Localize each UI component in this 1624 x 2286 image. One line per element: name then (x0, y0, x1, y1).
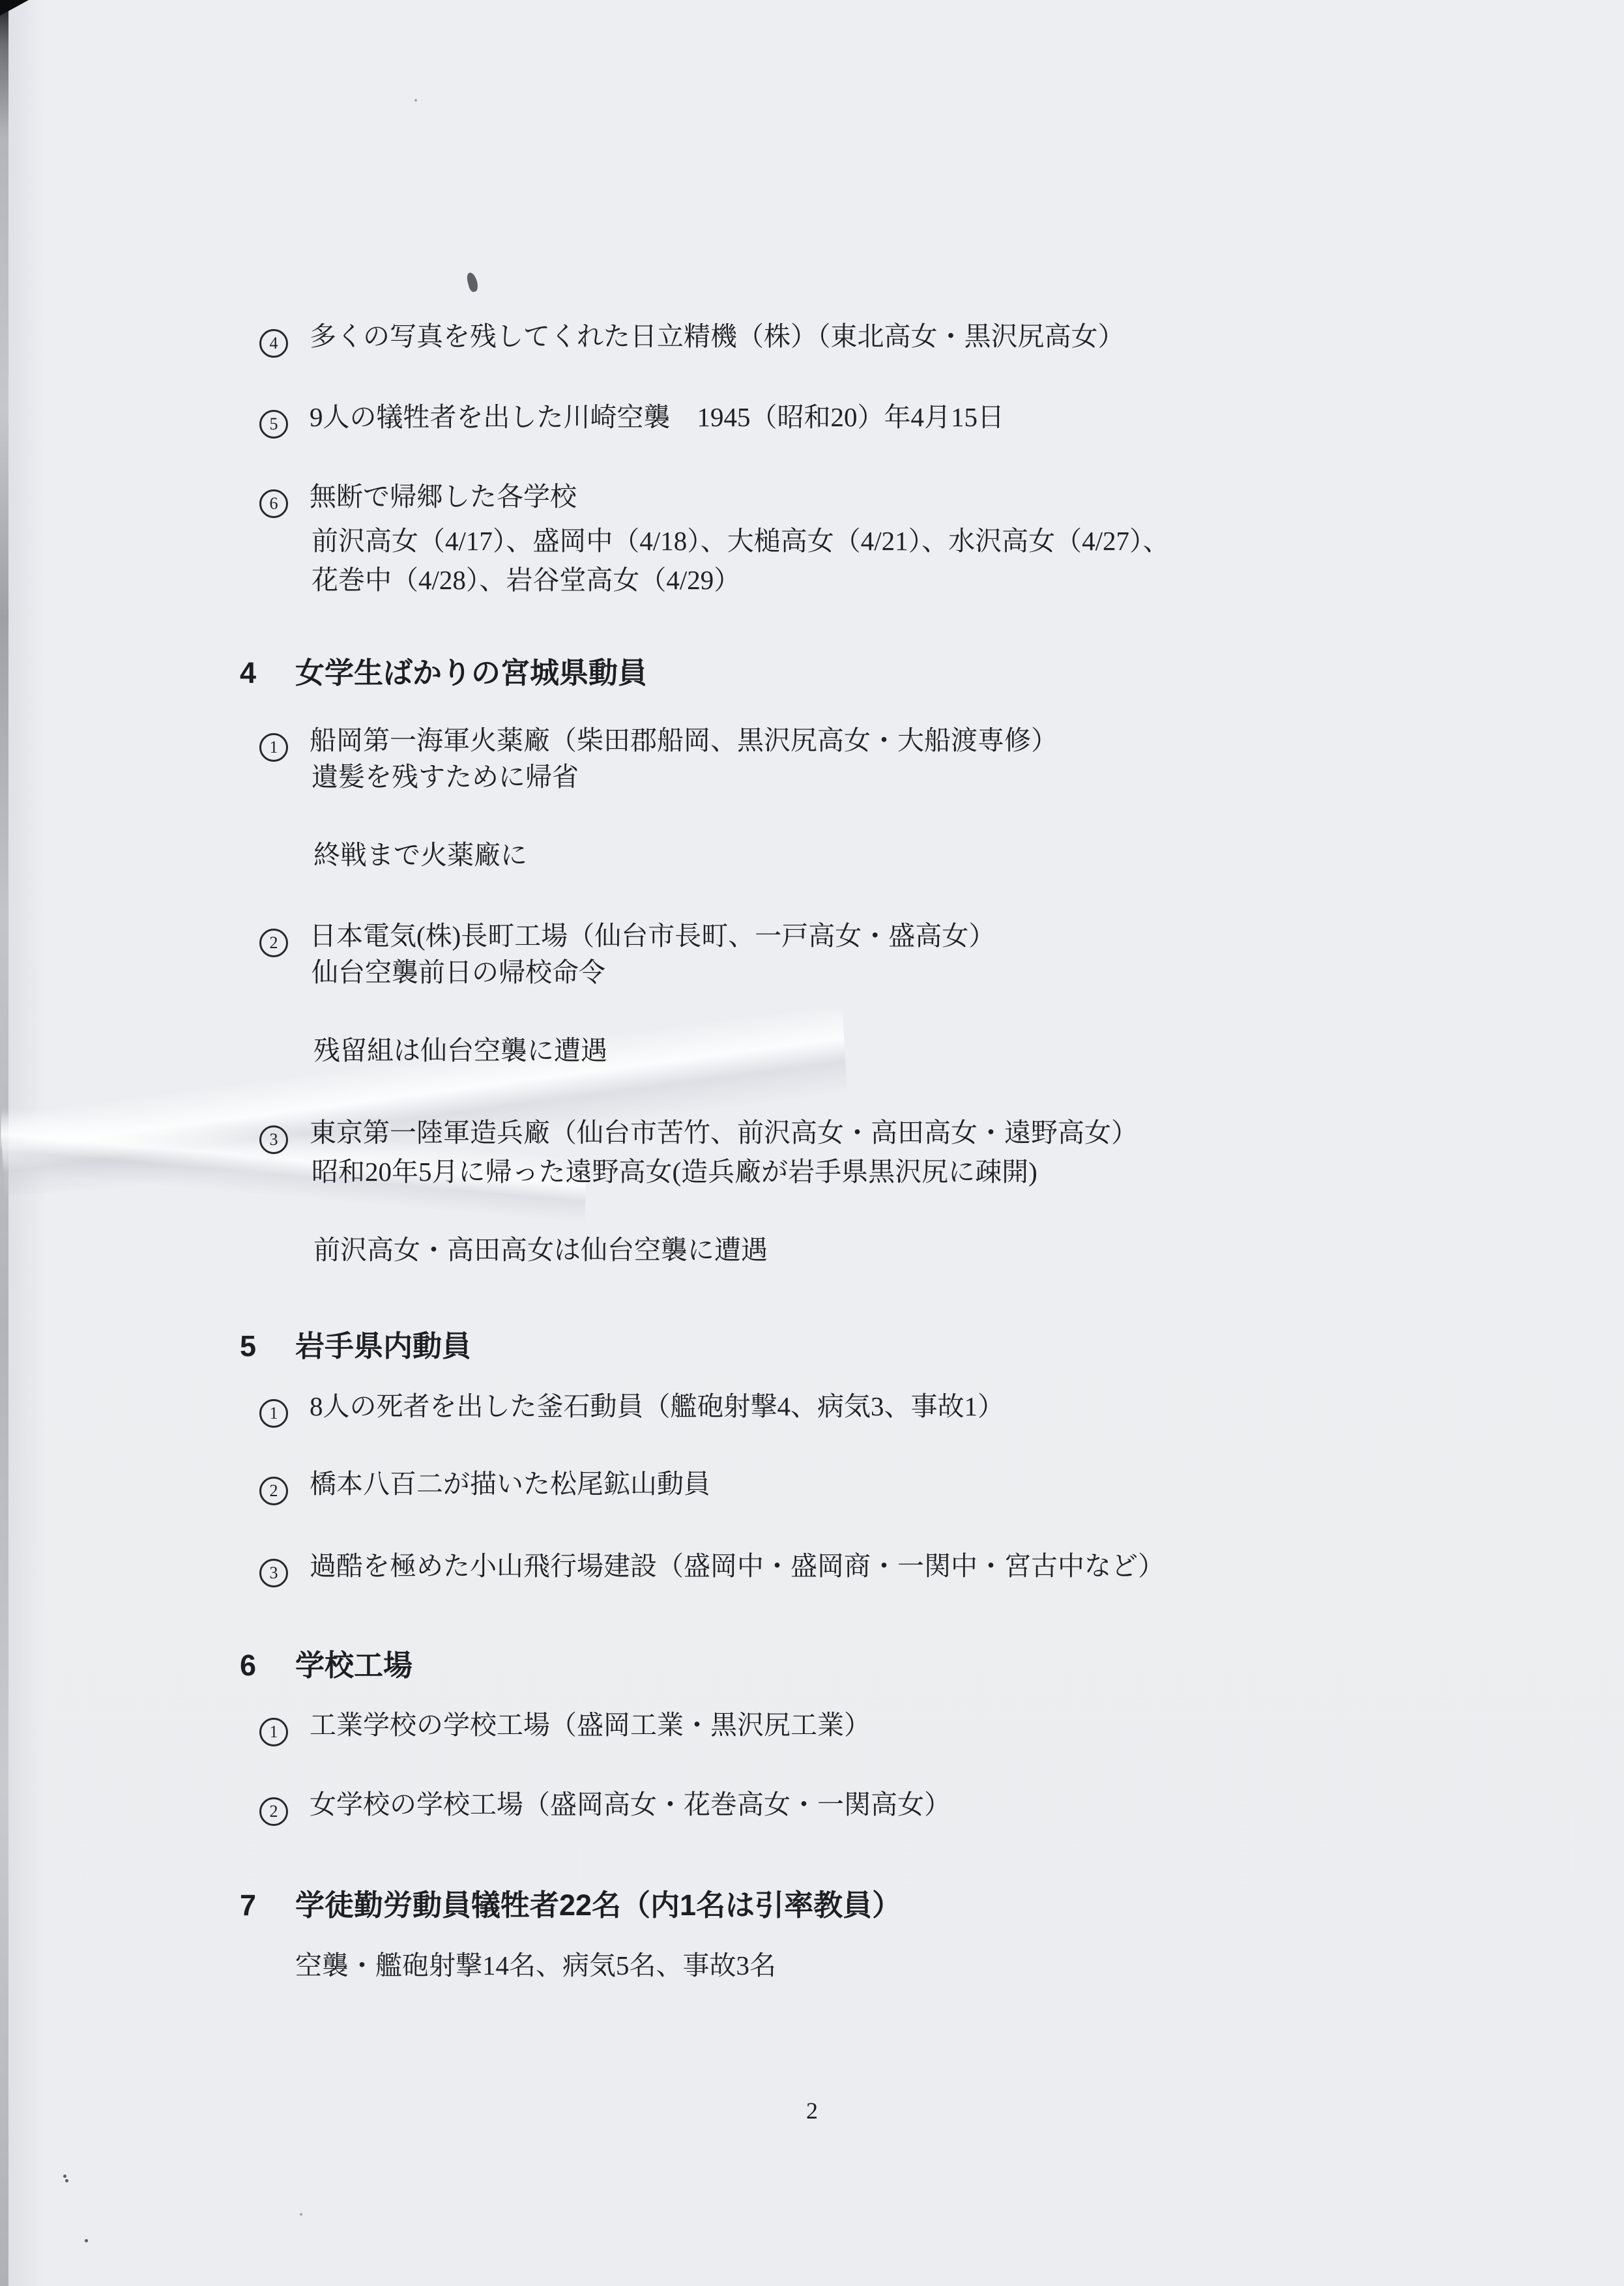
section-note: 空襲・艦砲射撃14名、病気5名、事故3名 (295, 1947, 776, 1984)
marker-digit: 1 (270, 1724, 278, 1741)
list-item: 4多くの写真を残してくれた日立精機（株）（東北高女・黒沢尻高女） (259, 318, 1125, 354)
circled-number-marker: 1 (259, 733, 288, 762)
ink-smudge (466, 272, 480, 293)
scan-speck (63, 2175, 66, 2178)
list-item: 3東京第一陸軍造兵廠（仙台市苦竹、前沢高女・高田高女・遠野高女） (259, 1114, 1138, 1151)
marker-digit: 1 (270, 739, 278, 756)
item-text: 過酷を極めた小山飛行場建設（盛岡中・盛岡商・一関中・宮古中など） (310, 1551, 1165, 1581)
section-number: 7 (240, 1887, 295, 1924)
section-heading: 7学徒勤労動員犠牲者22名（内1名は引率教員） (240, 1887, 901, 1924)
list-item: 1工業学校の学校工場（盛岡工業・黒沢尻工業） (259, 1707, 871, 1743)
item-text: 東京第一陸軍造兵廠（仙台市苦竹、前沢高女・高田高女・遠野高女） (310, 1118, 1138, 1148)
section-title: 学校工場 (295, 1649, 413, 1682)
circled-number-marker: 3 (259, 1559, 288, 1587)
section-heading: 6学校工場 (240, 1647, 413, 1685)
circled-number-marker: 1 (259, 1399, 288, 1428)
item-text: 多くの写真を残してくれた日立精機（株）（東北高女・黒沢尻高女） (310, 321, 1125, 351)
marker-digit: 2 (270, 1483, 278, 1499)
list-item: 3過酷を極めた小山飛行場建設（盛岡中・盛岡商・一関中・宮古中など） (259, 1548, 1165, 1584)
marker-digit: 3 (270, 1131, 278, 1148)
item-text: 9人の犠牲者を出した川崎空襲 1945（昭和20）年4月15日 (310, 402, 1004, 432)
scanned-document-page: 4多くの写真を残してくれた日立精機（株）（東北高女・黒沢尻高女） 59人の犠牲者… (0, 0, 1624, 2286)
circled-number-marker: 5 (259, 410, 288, 439)
section-title: 岩手県内動員 (295, 1329, 471, 1363)
list-item: 2女学校の学校工場（盛岡高女・花巻高女・一関高女） (259, 1786, 951, 1823)
item-text: 8人の死者を出した釜石動員（艦砲射撃4、病気3、事故1） (310, 1391, 1004, 1421)
item-text: 橋本八百二が描いた松尾鉱山動員 (310, 1469, 710, 1499)
circled-number-marker: 2 (259, 929, 288, 957)
item-text: 日本電気(株)長町工場（仙台市長町、一戸高女・盛高女） (310, 921, 995, 951)
item-text: 女学校の学校工場（盛岡高女・花巻高女・一関高女） (310, 1789, 951, 1819)
item-note: 終戦まで火薬廠に (313, 837, 527, 873)
list-item: 59人の犠牲者を出した川崎空襲 1945（昭和20）年4月15日 (259, 399, 1004, 435)
list-item: 2橋本八百二が描いた松尾鉱山動員 (259, 1466, 710, 1502)
marker-digit: 2 (270, 1803, 278, 1820)
marker-digit: 2 (270, 934, 278, 951)
marker-digit: 5 (270, 416, 278, 433)
item-subline: 昭和20年5月に帰った遠野高女(造兵廠が岩手県黒沢尻に疎開) (312, 1153, 1037, 1190)
scanner-left-edge (0, 0, 8, 2286)
circled-number-marker: 2 (259, 1477, 288, 1505)
list-item: 2日本電気(株)長町工場（仙台市長町、一戸高女・盛高女） (259, 918, 995, 954)
marker-digit: 4 (270, 335, 278, 352)
circled-number-marker: 3 (259, 1125, 288, 1154)
section-number: 4 (240, 654, 295, 692)
circled-number-marker: 2 (259, 1797, 288, 1826)
circled-number-marker: 6 (259, 489, 288, 518)
section-title: 女学生ばかりの宮城県動員 (295, 656, 647, 689)
marker-digit: 1 (270, 1405, 278, 1422)
item-note: 前沢高女・高田高女は仙台空襲に遭遇 (313, 1232, 768, 1268)
item-text: 船岡第一海軍火薬廠（柴田郡船岡、黒沢尻高女・大船渡専修） (310, 725, 1058, 755)
item-text: 工業学校の学校工場（盛岡工業・黒沢尻工業） (310, 1710, 871, 1740)
list-item: 1船岡第一海軍火薬廠（柴田郡船岡、黒沢尻高女・大船渡専修） (259, 722, 1058, 759)
scan-speck (414, 99, 417, 102)
page-number: 2 (0, 2097, 1624, 2124)
scanner-corner-shadow (0, 0, 29, 16)
item-subline: 前沢高女（4/17）、盛岡中（4/18）、大槌高女（4/21）、水沢高女（4/2… (312, 523, 1170, 559)
scan-speck (300, 2213, 302, 2216)
item-subline: 花巻中（4/28）、岩谷堂高女（4/29） (312, 562, 740, 598)
marker-digit: 6 (270, 495, 278, 512)
section-heading: 5岩手県内動員 (240, 1327, 471, 1365)
section-number: 5 (240, 1327, 295, 1365)
marker-digit: 3 (270, 1565, 278, 1582)
section-heading: 4女学生ばかりの宮城県動員 (240, 654, 647, 692)
section-number: 6 (240, 1647, 295, 1685)
item-subline: 仙台空襲前日の帰校命令 (312, 954, 605, 991)
item-note: 残留組は仙台空襲に遭遇 (313, 1032, 607, 1069)
circled-number-marker: 4 (259, 329, 288, 358)
list-item: 18人の死者を出した釜石動員（艦砲射撃4、病気3、事故1） (259, 1388, 1004, 1425)
item-text: 無断で帰郷した各学校 (310, 482, 577, 512)
section-title: 学徒勤労動員犠牲者22名（内1名は引率教員） (295, 1888, 901, 1922)
item-subline: 遺髪を残すために帰省 (312, 759, 579, 795)
scan-speck (85, 2239, 88, 2242)
list-item: 6無断で帰郷した各学校 (259, 478, 577, 515)
circled-number-marker: 1 (259, 1718, 288, 1746)
scan-speck (65, 2179, 68, 2182)
